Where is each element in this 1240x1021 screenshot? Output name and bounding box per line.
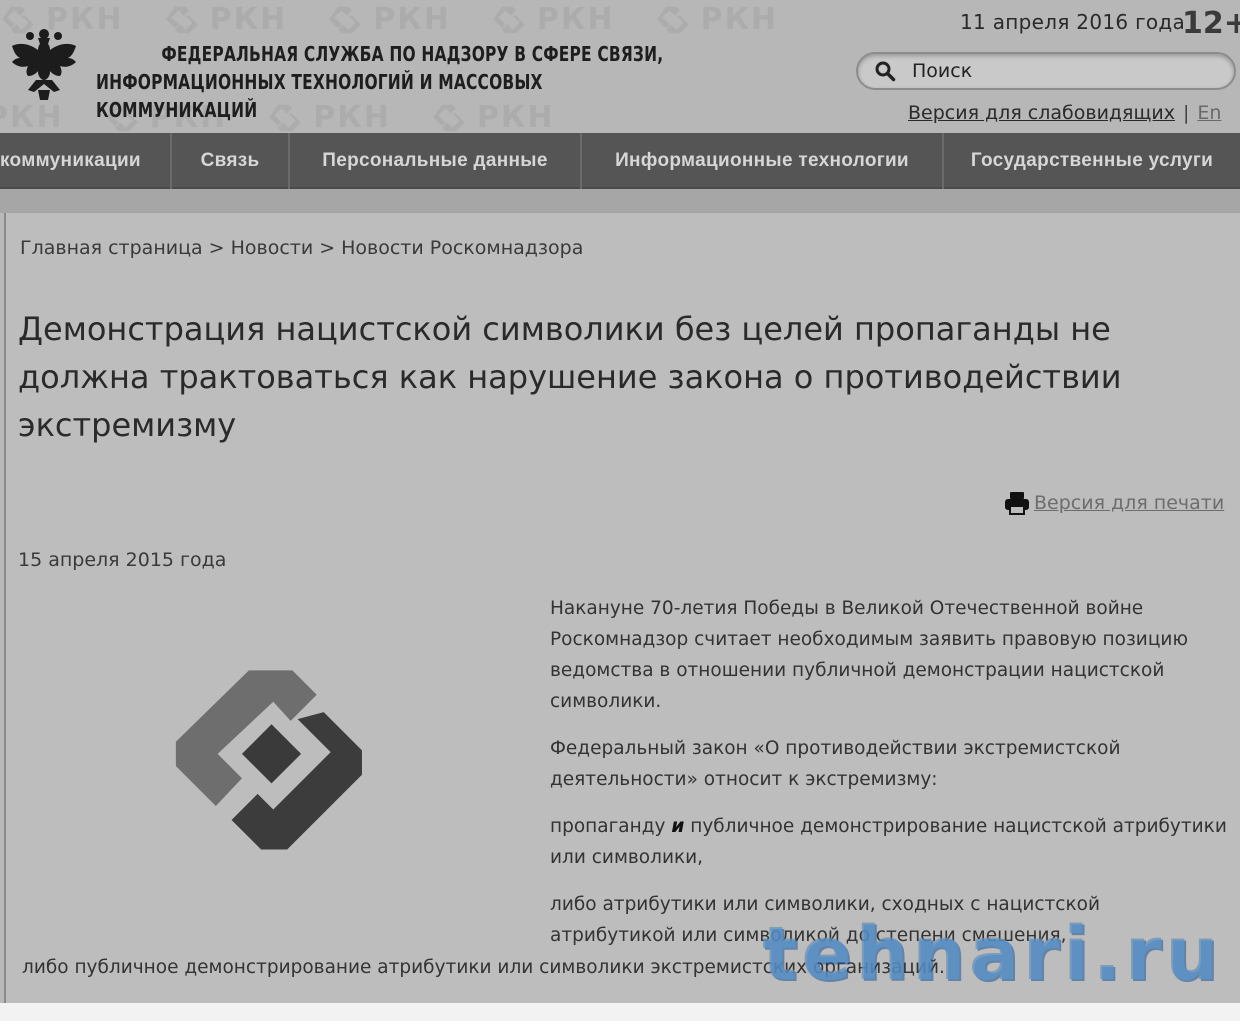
nav-item-personal-data[interactable]: Персональные данные — [290, 133, 582, 189]
breadcrumb-news[interactable]: Новости — [231, 237, 314, 259]
watermark-text: РКН — [210, 2, 288, 37]
article-body: Накануне 70-летия Победы в Великой Отече… — [550, 593, 1230, 967]
current-date: 11 апреля 2016 года — [960, 10, 1185, 34]
article-paragraph: Накануне 70-летия Победы в Великой Отече… — [550, 593, 1230, 717]
article-list-item: либо публичное демонстрирование атрибути… — [22, 957, 945, 978]
rkn-logo-icon — [655, 5, 691, 35]
link-separator: | — [1183, 102, 1189, 124]
header-links: Версия для слабовидящих|En — [908, 102, 1221, 124]
nav-item-communication[interactable]: Связь — [172, 133, 290, 189]
nav-item-information-technologies[interactable]: Информационные технологии — [582, 133, 944, 189]
rkn-logo-icon — [491, 5, 527, 35]
search-box[interactable] — [856, 52, 1236, 90]
emphasis-text: и — [671, 816, 684, 837]
english-version-link[interactable]: En — [1197, 102, 1221, 124]
breadcrumb-home[interactable]: Главная страница — [20, 237, 203, 259]
agency-name[interactable]: Федеральная служба по надзору в сфере св… — [96, 40, 698, 124]
agency-name-line-2: информационных технологий и массовых ком… — [96, 68, 698, 124]
article-title: Демонстрация нацистской символики без це… — [18, 305, 1218, 449]
search-icon[interactable] — [874, 60, 896, 82]
age-rating-badge: 12+ — [1182, 6, 1240, 41]
main-navigation: коммуникации Связь Персональные данные И… — [0, 133, 1240, 189]
watermark-text: РКН — [537, 2, 615, 37]
publication-date: 15 апреля 2015 года — [18, 549, 226, 571]
breadcrumb: Главная страница>Новости>Новости Роскомн… — [20, 237, 583, 259]
breadcrumb-current: Новости Роскомнадзора — [341, 237, 583, 259]
article-paragraph: Федеральный закон «О противодействии экс… — [550, 733, 1230, 795]
agency-name-line-1: Федеральная служба по надзору в сфере св… — [96, 40, 698, 68]
accessibility-version-link[interactable]: Версия для слабовидящих — [908, 102, 1175, 124]
watermark-text: РКН — [0, 100, 64, 135]
page-bottom-edge — [0, 1003, 1240, 1021]
article-list-item: пропаганду и публичное демонстрирование … — [550, 811, 1230, 873]
roskomnadzor-logo-icon — [170, 653, 380, 853]
search-input[interactable] — [912, 60, 1212, 82]
list-item-text: пропаганду — [550, 816, 665, 837]
watermark-text: РКН — [701, 2, 779, 37]
article-list-item: либо атрибутики или символики, сходных с… — [550, 889, 1230, 951]
breadcrumb-separator: > — [209, 237, 225, 259]
watermark-text: РКН — [373, 2, 451, 37]
coat-of-arms-icon[interactable] — [8, 26, 80, 102]
print-version-link[interactable]: Версия для печати — [1034, 492, 1224, 514]
nav-item-communications[interactable]: коммуникации — [0, 133, 172, 189]
breadcrumb-separator: > — [319, 237, 335, 259]
nav-item-public-services[interactable]: Государственные услуги — [944, 133, 1240, 189]
print-version[interactable]: Версия для печати — [1004, 491, 1224, 515]
rkn-logo-icon — [327, 5, 363, 35]
rkn-logo-icon — [164, 5, 200, 35]
nav-divider-strip — [0, 189, 1240, 213]
site-header: РКН РКН РКН РКН РКН РКН РКН РКН РКН Феде… — [0, 0, 1240, 135]
article-content: Главная страница>Новости>Новости Роскомн… — [4, 213, 1240, 1003]
printer-icon[interactable] — [1004, 491, 1030, 515]
